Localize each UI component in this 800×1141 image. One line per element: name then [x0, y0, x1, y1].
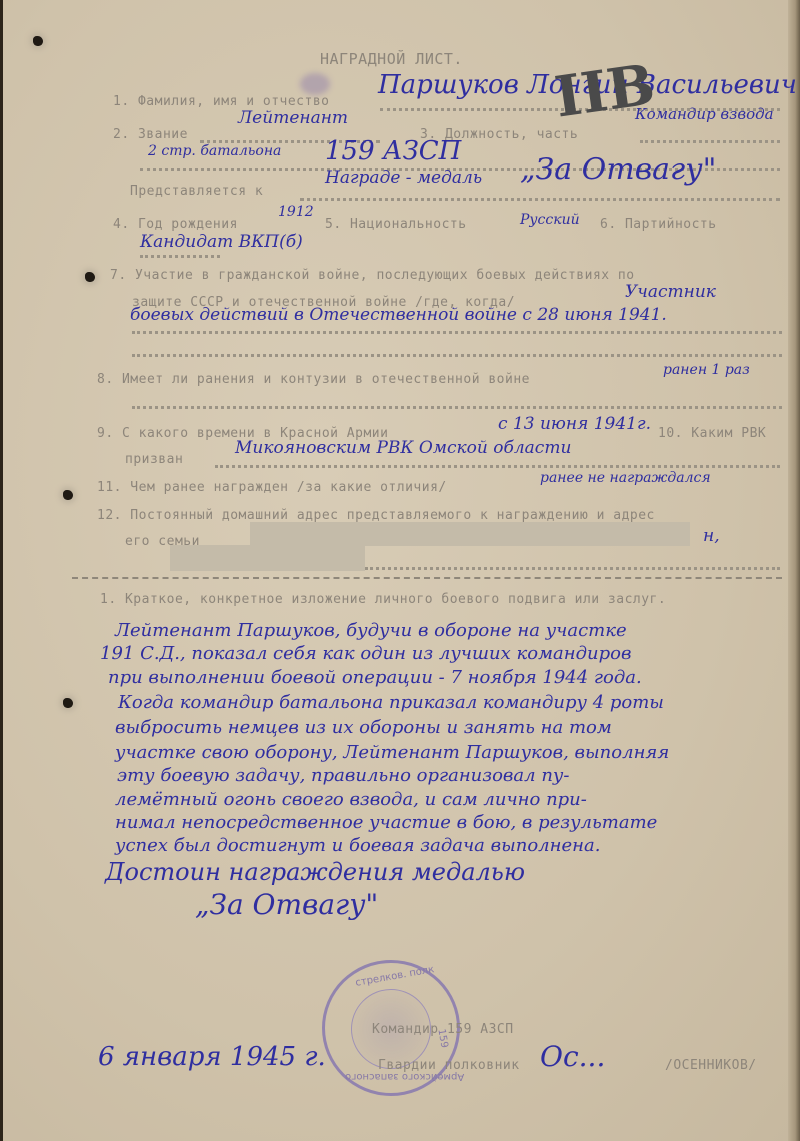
- document-title: НАГРАДНОЙ ЛИСТ.: [320, 50, 463, 68]
- narrative-line: лемётный огонь своего взвода, и сам личн…: [115, 789, 587, 810]
- field-7-value-a: Участник: [625, 282, 716, 302]
- conclusion-line: Достоин награждения медалью: [105, 858, 525, 886]
- narrative-line: нимал непосредственное участие в бою, в …: [115, 812, 657, 833]
- field-4-label: 4. Год рождения: [113, 217, 238, 232]
- field-6-label: 6. Партийность: [600, 217, 717, 232]
- dotted-line: [640, 140, 780, 143]
- commander-name: /ОСЕННИКОВ/: [665, 1058, 757, 1073]
- field-7-value-b: боевых действий в Отечественной войне с …: [130, 305, 667, 325]
- field-5-value: Русский: [520, 212, 580, 228]
- field-7-label-a: 7. Участие в гражданской войне, последую…: [110, 268, 635, 283]
- field-3-value-a: Командир взвода: [635, 105, 774, 123]
- field-12-label-a: 12. Постоянный домашний адрес представля…: [97, 508, 655, 523]
- field-2-label: 2. Звание: [113, 127, 188, 142]
- narrative-line: выбросить немцев из их обороны и занять …: [115, 717, 612, 738]
- punch-hole-icon: [85, 272, 95, 282]
- field-1-label: 1. Фамилия, имя и отчество: [113, 94, 330, 109]
- field-8-value: ранен 1 раз: [663, 362, 750, 378]
- presented-value-a: Награде - медаль: [325, 168, 482, 188]
- field-11-label: 11. Чем ранее награжден /за какие отличи…: [97, 480, 447, 495]
- conclusion-medal: „За Отвагу": [195, 888, 378, 921]
- punch-hole-icon: [63, 490, 73, 500]
- field-4-value: 1912: [278, 204, 314, 220]
- document-date: 6 января 1945 г.: [98, 1042, 326, 1072]
- punch-hole-icon: [63, 698, 73, 708]
- narrative-line: Лейтенант Паршуков, будучи в обороне на …: [115, 620, 627, 641]
- stamp-text-top: стрелков. полк: [355, 964, 435, 989]
- section-divider: [72, 577, 782, 579]
- field-10-label: 10. Каким РВК: [658, 426, 766, 441]
- field-8-label: 8. Имеет ли ранения и контузии в отечест…: [97, 372, 530, 387]
- narrative-line: эту боевую задачу, правильно организовал…: [117, 765, 569, 786]
- field-11-value: ранее не награждался: [540, 470, 711, 486]
- field-5-label: 5. Национальность: [325, 217, 467, 232]
- dotted-line: [140, 255, 220, 258]
- ink-smudge: [300, 73, 330, 95]
- commander-signature: Ос...: [540, 1040, 605, 1073]
- dotted-line: [365, 567, 780, 570]
- redacted-address-block: [250, 522, 690, 546]
- redacted-address-block: [170, 545, 365, 571]
- field-10-label-b: призван: [125, 452, 183, 467]
- narrative-line: участке свою оборону, Лейтенант Паршуков…: [115, 742, 669, 763]
- dotted-line: [132, 406, 782, 409]
- narrative-line: успех был достигнут и боевая задача выпо…: [115, 835, 600, 856]
- narrative-line: 191 С.Д., показал себя как один из лучши…: [100, 643, 631, 664]
- commander-title-b: Гвардии полковник: [378, 1058, 520, 1073]
- commander-title-a: Командир 159 АЗСП: [372, 1022, 514, 1037]
- punch-hole-icon: [33, 36, 43, 46]
- dotted-line: [300, 198, 780, 201]
- field-2-value: Лейтенант: [238, 108, 348, 128]
- field-10-value: Микояновским РВК Омской области: [235, 438, 571, 458]
- section-label: 1. Краткое, конкретное изложение личного…: [100, 592, 666, 607]
- field-3-value-c: 159 АЗСП: [325, 136, 461, 166]
- narrative-line: Когда командир батальона приказал команд…: [118, 692, 664, 713]
- narrative-line: при выполнении боевой операции - 7 ноябр…: [108, 667, 642, 688]
- dotted-line: [215, 465, 780, 468]
- scan-edge-left: [0, 0, 3, 1141]
- scan-edge-right: [788, 0, 800, 1141]
- dotted-line: [132, 354, 782, 357]
- field-3-value-b: 2 стр. батальона: [148, 143, 281, 159]
- field-9-value: с 13 июня 1941г.: [498, 414, 651, 434]
- field-12-value-mark: н,: [703, 526, 720, 546]
- dotted-line: [132, 331, 782, 334]
- field-6-value: Кандидат ВКП(б): [140, 232, 303, 252]
- presented-label: Представляется к: [130, 184, 263, 199]
- presented-value-b: „За Отвагу": [520, 152, 716, 187]
